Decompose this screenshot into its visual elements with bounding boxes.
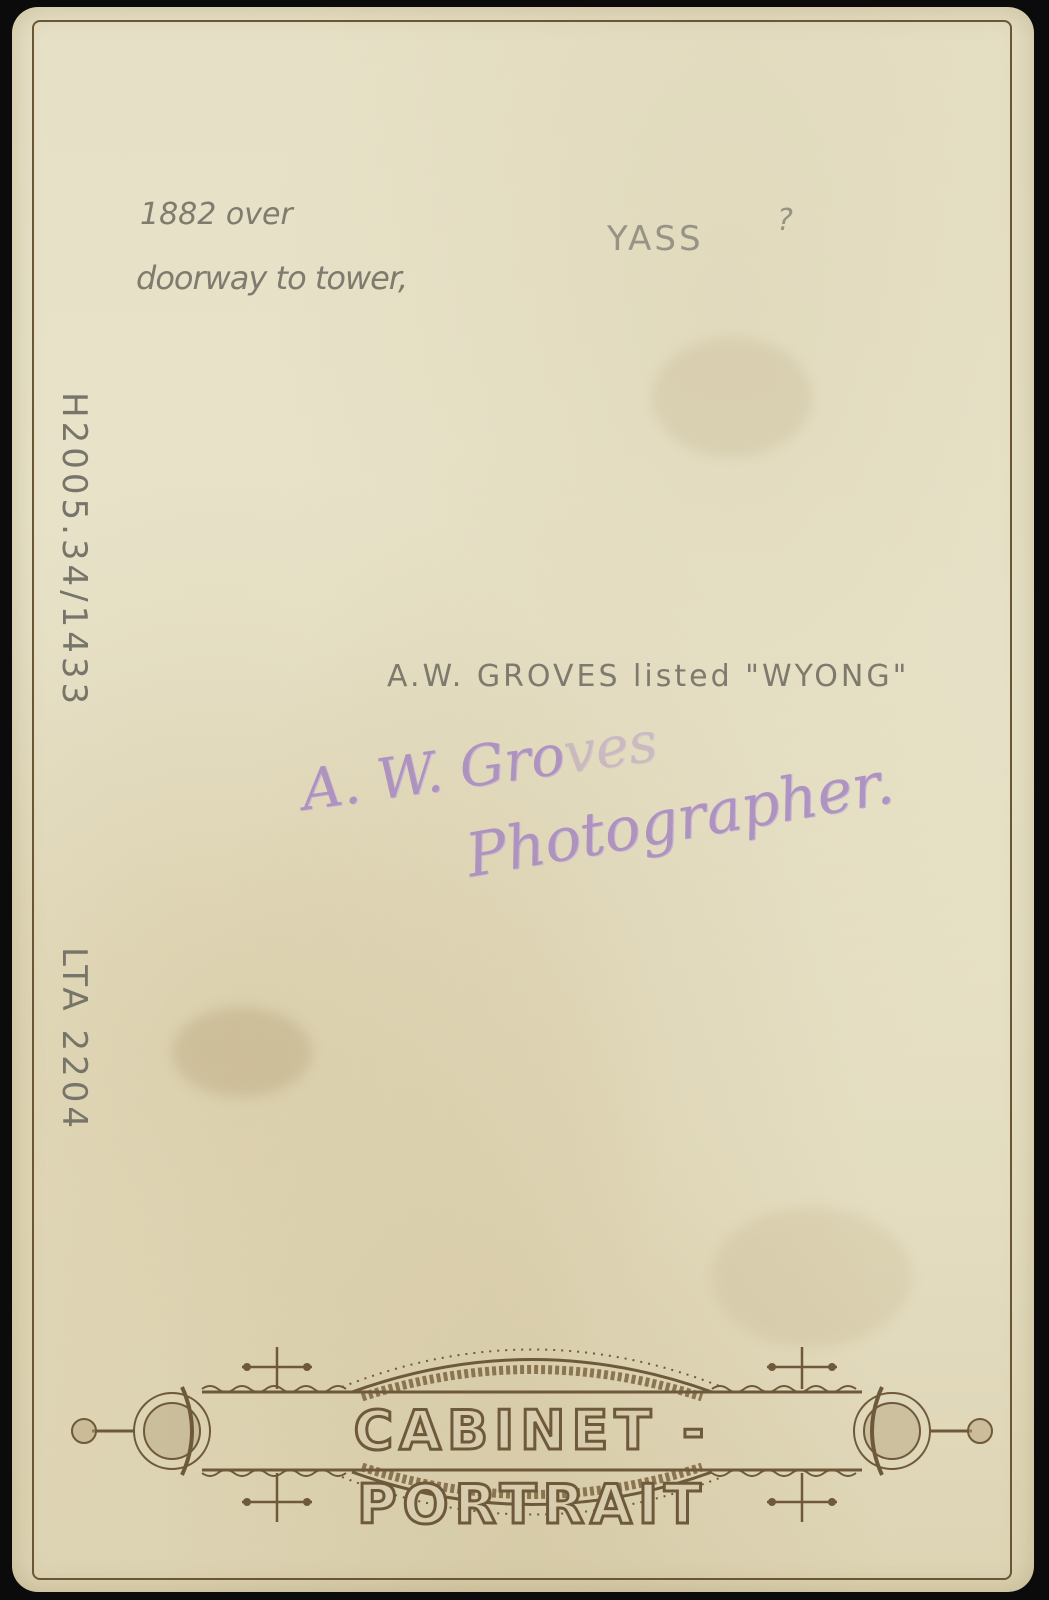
accession-number: H2005.34/1433 <box>54 392 94 708</box>
pencil-note-location: doorway to tower, <box>136 259 407 297</box>
stamp-name-faded: ves <box>560 709 662 786</box>
pencil-note-date: 1882 over <box>140 197 293 232</box>
pencil-note-question-mark: ? <box>777 203 793 238</box>
cabinet-portrait-banner: CABINET - PORTRAIT <box>62 1337 1002 1527</box>
cabinet-card-back: 1882 over doorway to tower, YASS ? A.W. … <box>12 7 1034 1592</box>
pencil-note-photographer: A.W. GROVES listed "WYONG" <box>387 659 909 694</box>
catalogue-number: LTA 2204 <box>54 947 94 1132</box>
cabinet-portrait-label: CABINET - PORTRAIT <box>212 1394 852 1468</box>
pencil-note-yass: YASS <box>607 219 704 259</box>
